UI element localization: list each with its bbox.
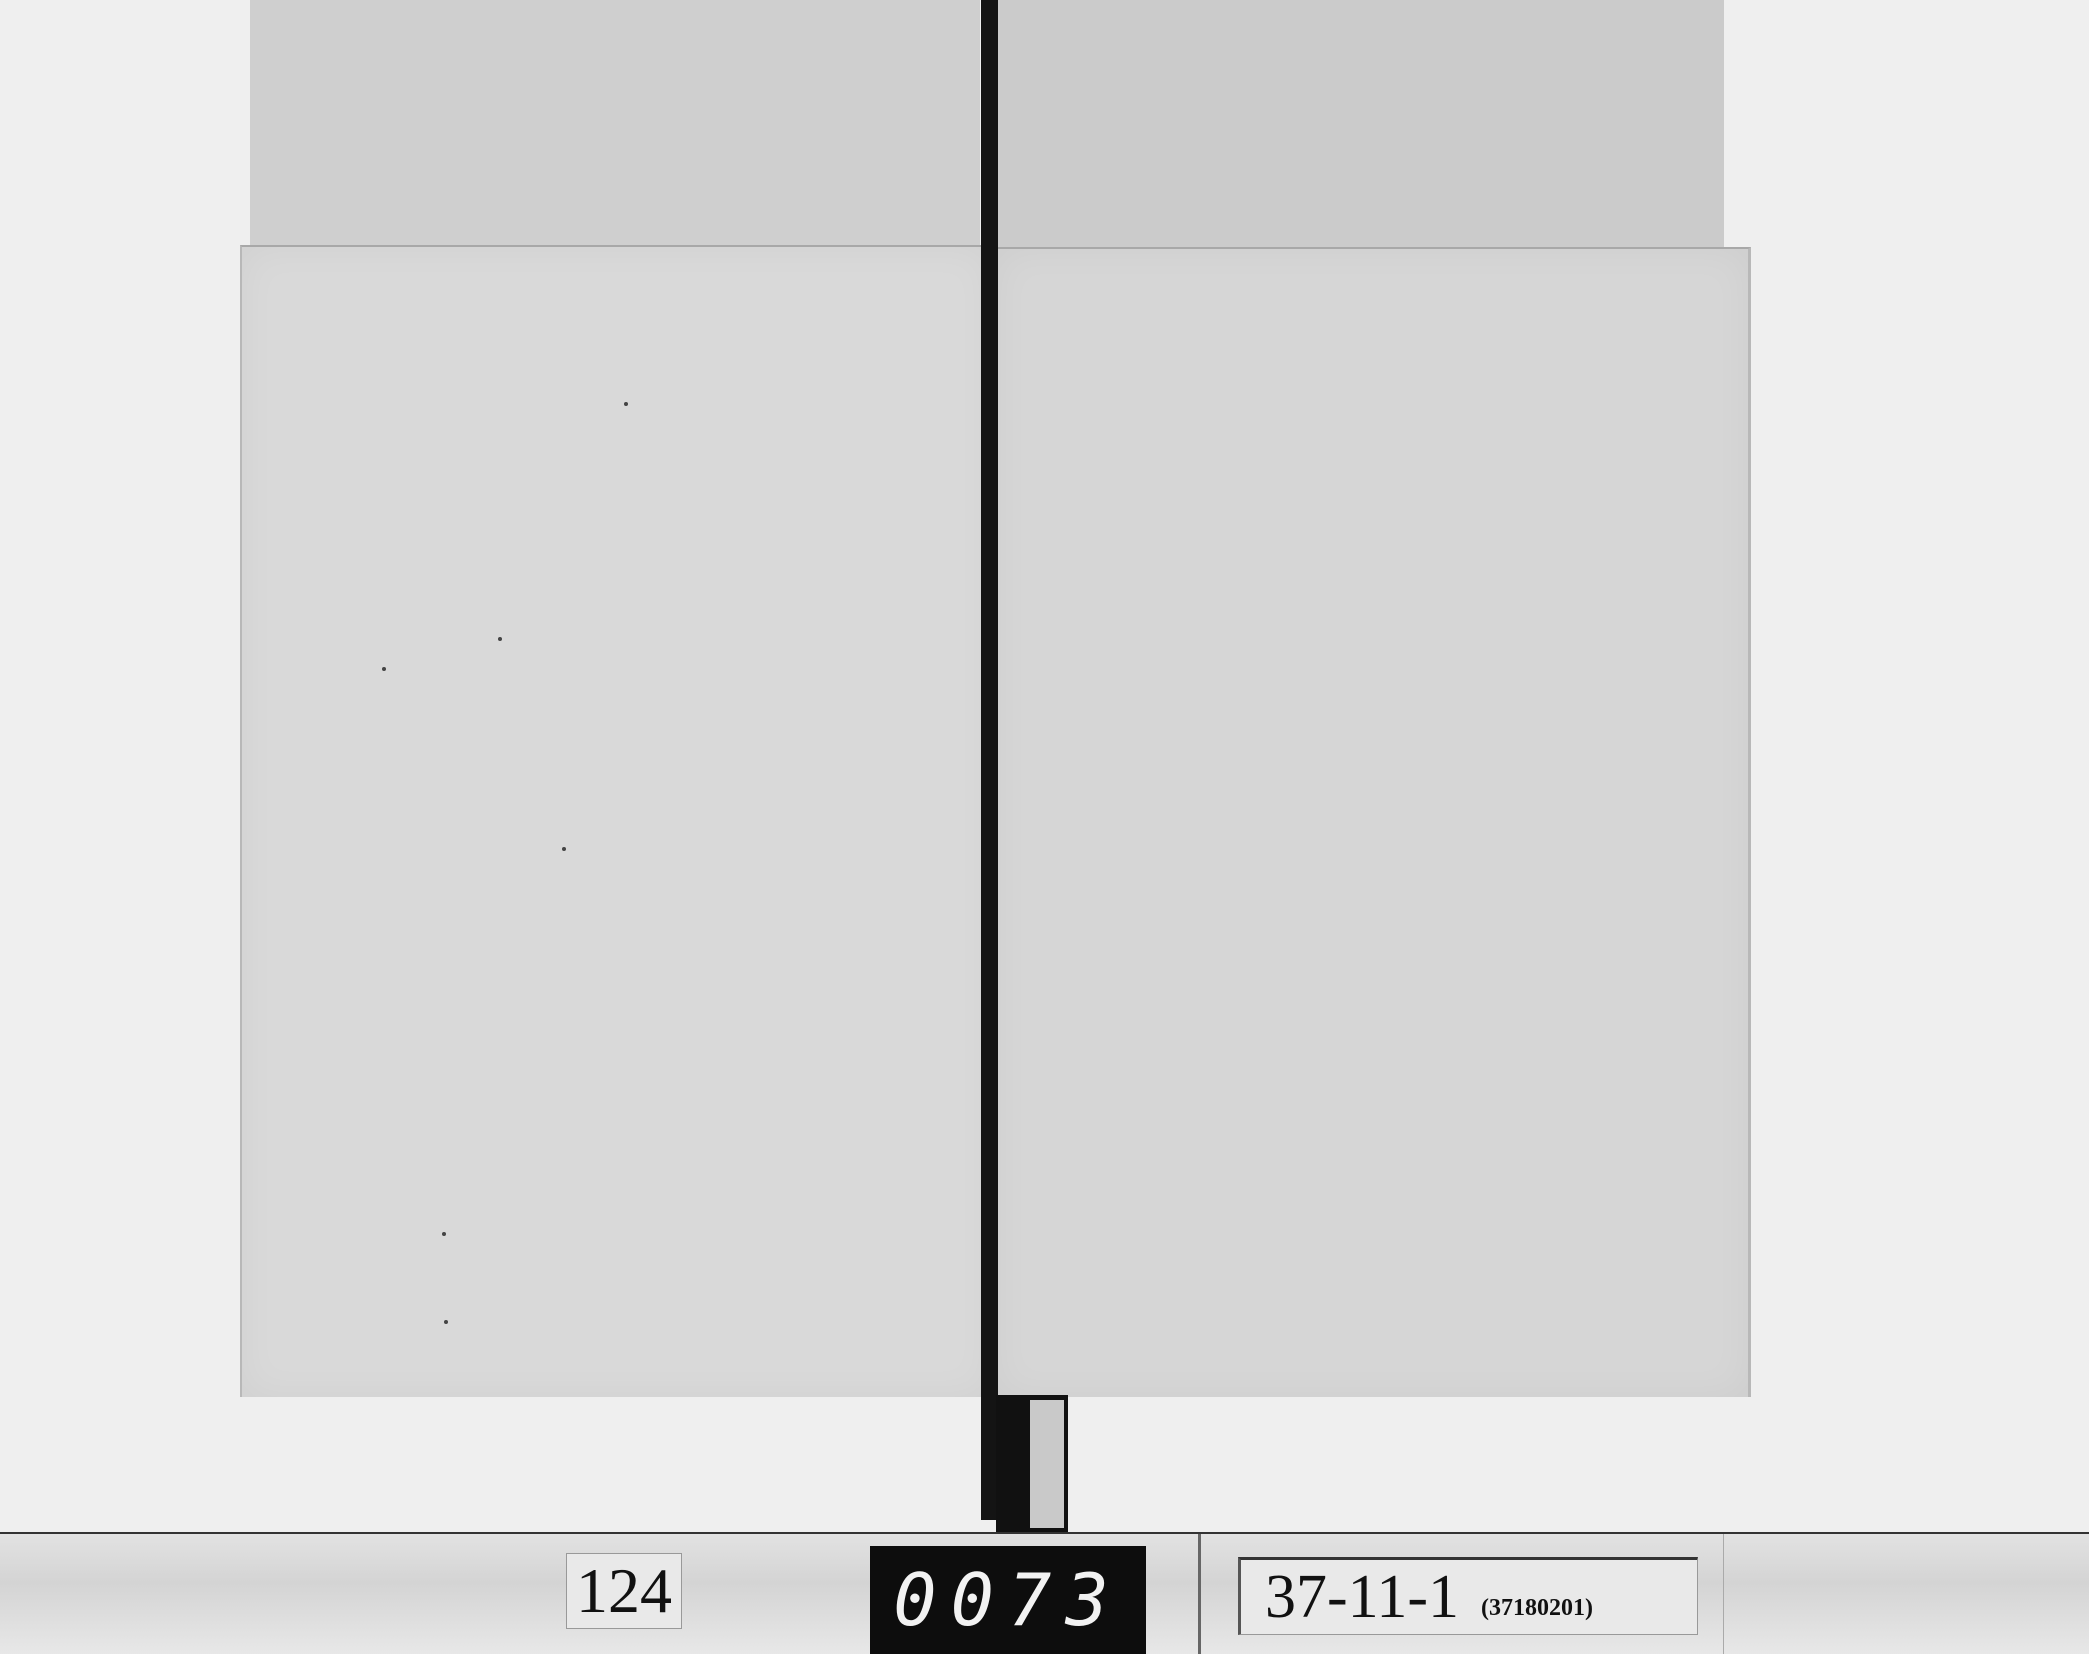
paper-speck — [444, 1320, 448, 1324]
paper-speck — [624, 402, 628, 406]
reel-id-label: 37-11-1 (37180201) — [1238, 1557, 1698, 1635]
frame-number: 124 — [576, 1554, 672, 1628]
frame-counter-display: 0073 — [870, 1546, 1146, 1654]
frame-counter: 0073 — [893, 1558, 1122, 1642]
frame-number-label: 124 — [566, 1553, 682, 1629]
spine-tab — [1030, 1400, 1064, 1528]
book-spine — [981, 0, 998, 1520]
paper-speck — [562, 847, 566, 851]
paper-speck — [382, 667, 386, 671]
paper-speck — [498, 637, 502, 641]
right-page — [996, 247, 1751, 1397]
back-page-left — [250, 0, 980, 250]
left-page — [240, 245, 990, 1397]
reel-id: 37-11-1 — [1265, 1562, 1459, 1633]
reel-code: (37180201) — [1481, 1595, 1593, 1622]
paper-speck — [442, 1232, 446, 1236]
back-page-right — [996, 0, 1724, 250]
